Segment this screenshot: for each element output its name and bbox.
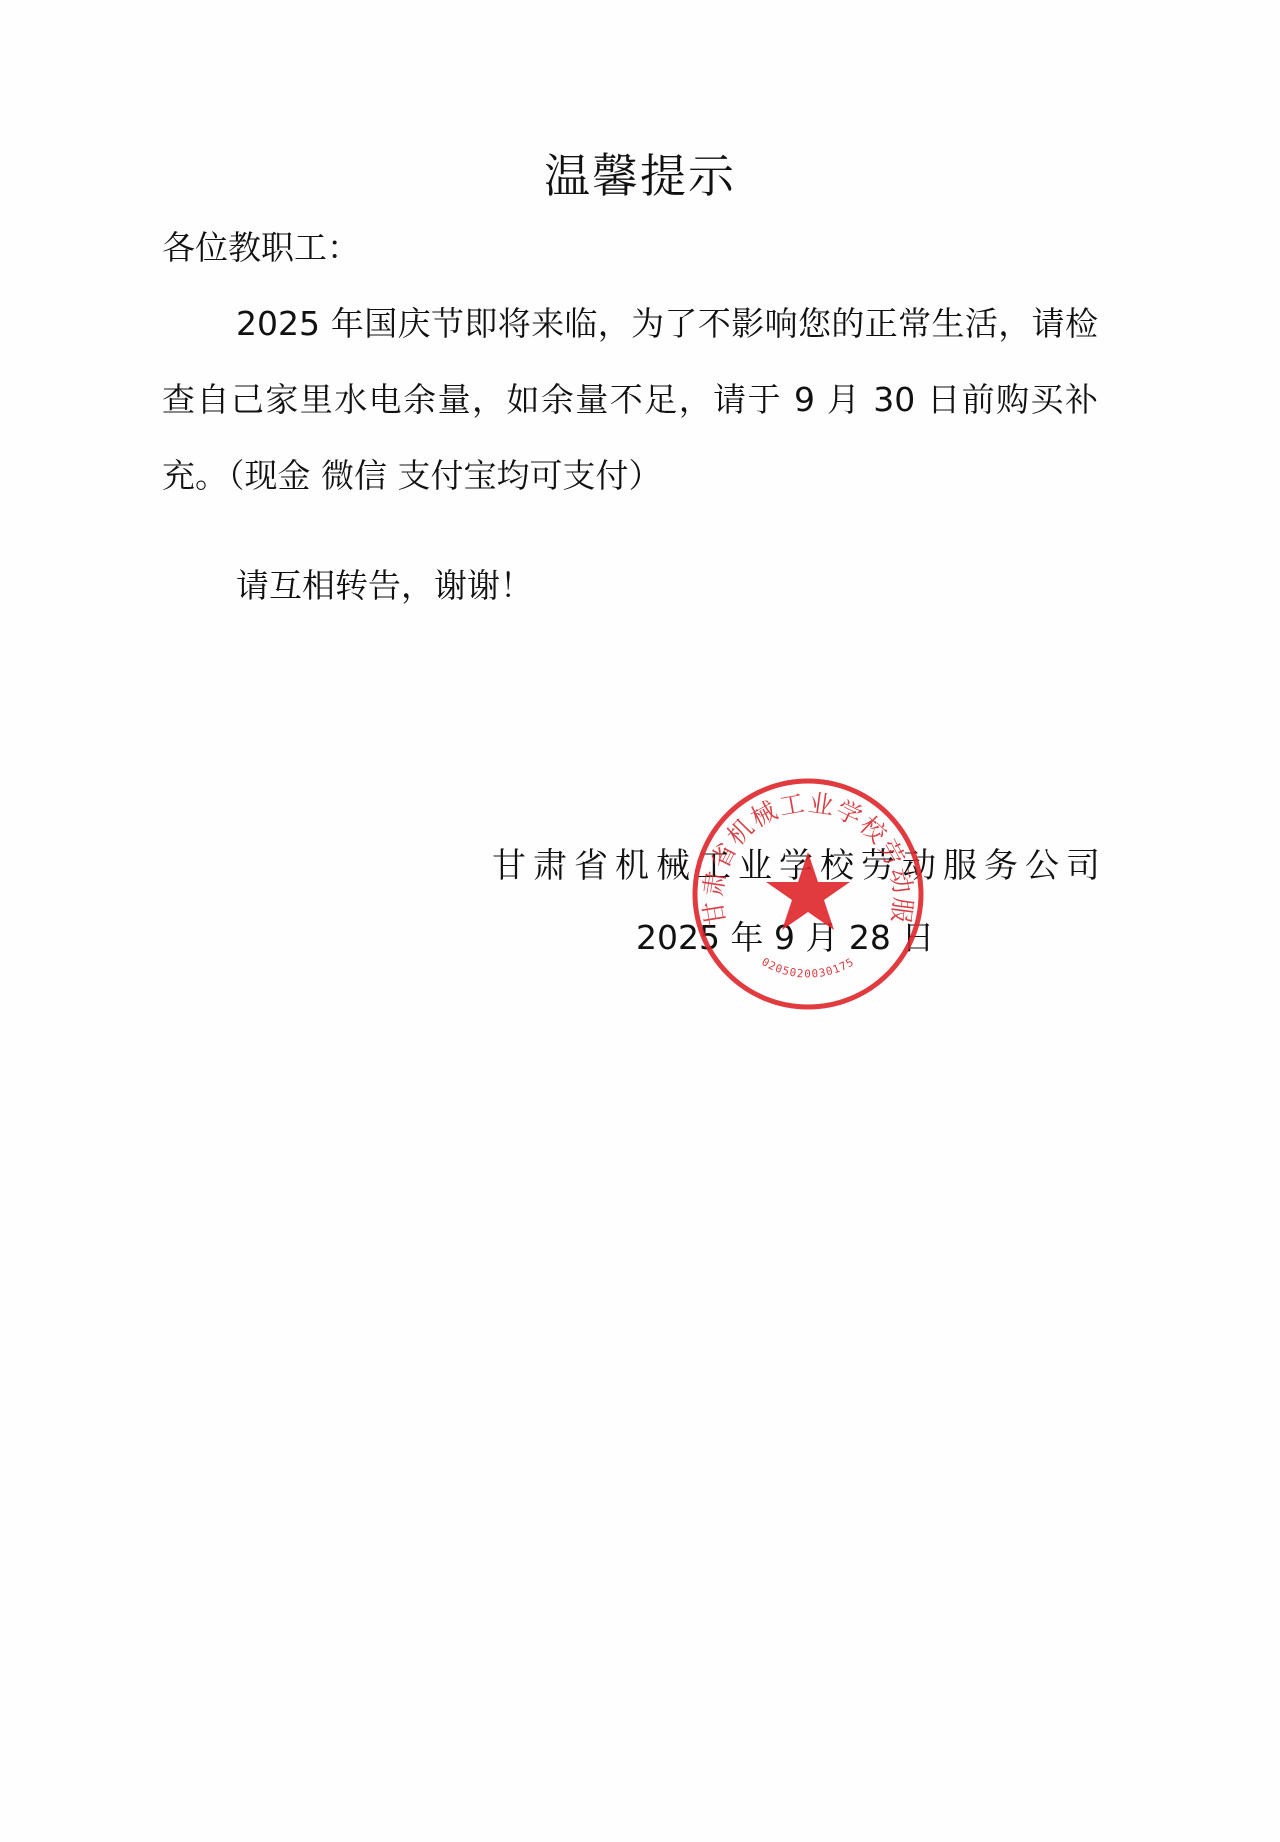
seal-serial: 0205020030175 <box>759 955 856 980</box>
page-title: 温馨提示 <box>0 140 1280 206</box>
salutation: 各位教职工： <box>162 222 360 269</box>
signature-organization: 甘肃省机械工业学校劳动服务公司 <box>492 838 1107 887</box>
seal-ring <box>695 781 921 1007</box>
signature-date: 2025 年 9 月 28 日 <box>636 912 934 959</box>
notice-page: 温馨提示 各位教职工： 2025 年国庆节即将来临，为了不影响您的正常生活，请检… <box>0 0 1280 1842</box>
official-seal-stamp: 甘肃省机械工业学校劳动服务公司 0205020030175 <box>688 774 928 1014</box>
closing-line: 请互相转告，谢谢！ <box>236 560 533 607</box>
body-paragraph: 2025 年国庆节即将来临，为了不影响您的正常生活，请检查自己家里水电余量，如余… <box>162 286 1098 514</box>
